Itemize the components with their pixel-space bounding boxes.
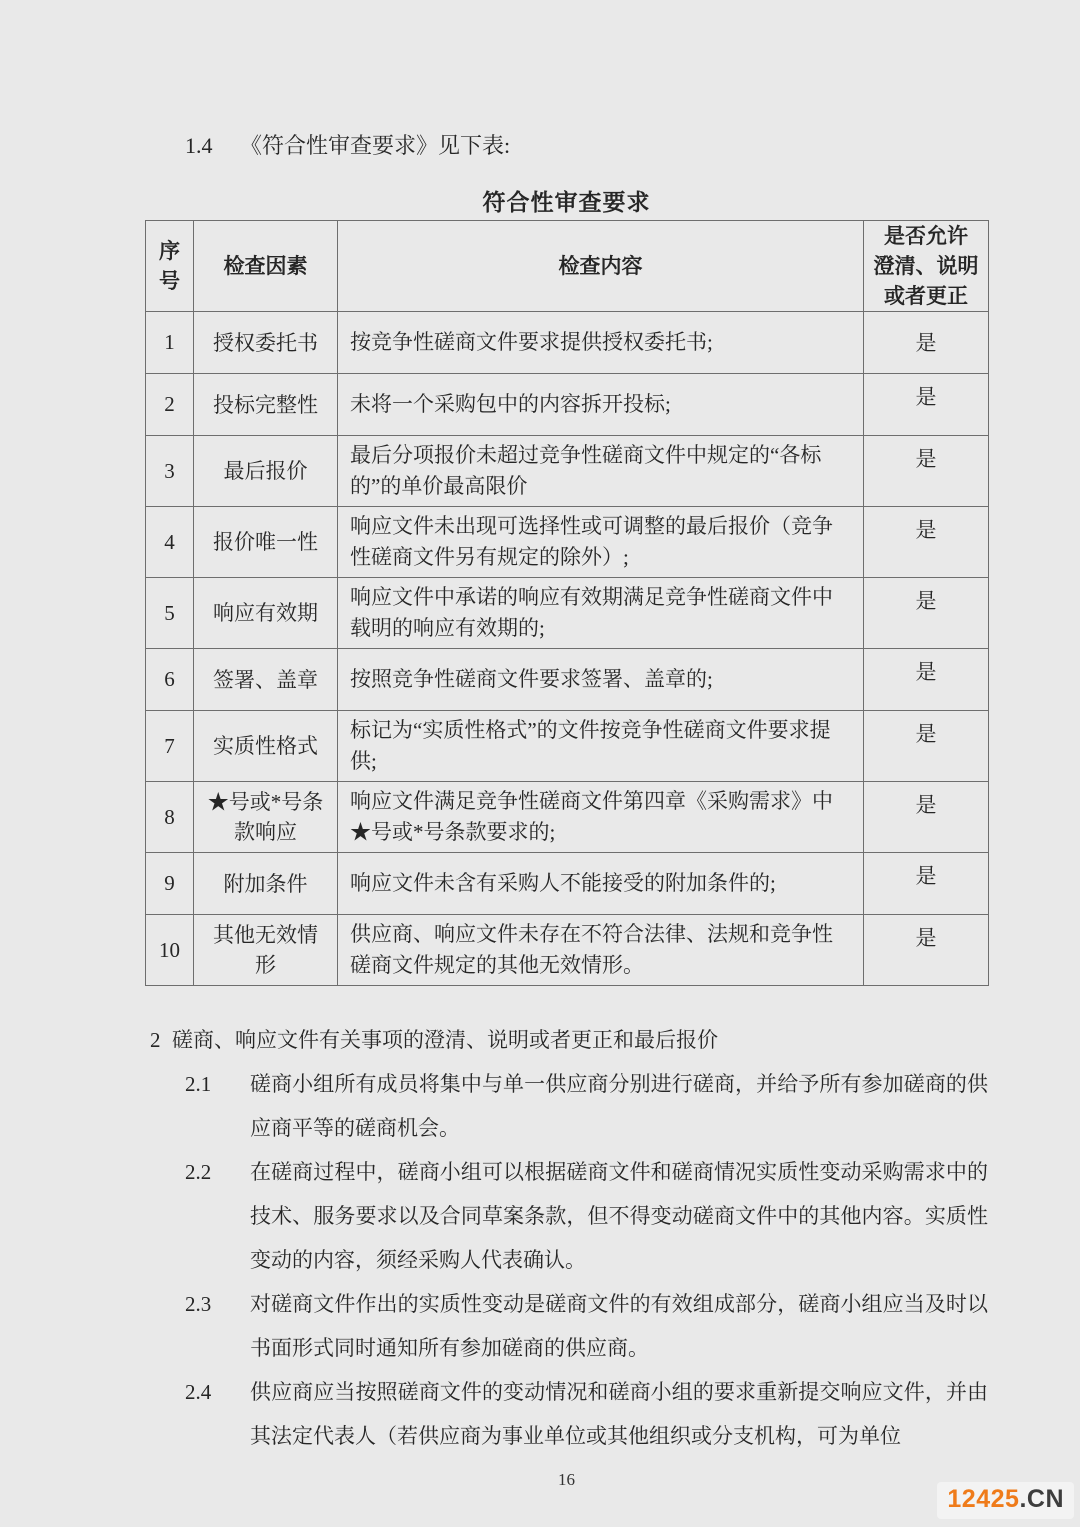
cell-allow: 是 — [864, 436, 989, 507]
item-number: 2.1 — [185, 1062, 250, 1150]
section-number: 2 — [150, 1018, 172, 1062]
table-row: 5 响应有效期 响应文件中承诺的响应有效期满足竞争性磋商文件中载明的响应有效期的… — [146, 578, 989, 649]
cell-factor: 响应有效期 — [194, 578, 338, 649]
cell-no: 9 — [146, 853, 194, 915]
cell-factor: 投标完整性 — [194, 374, 338, 436]
header-allow: 是否允许 澄清、说明 或者更正 — [864, 221, 989, 312]
section-2: 2 磋商、响应文件有关事项的澄清、说明或者更正和最后报价 2.1 磋商小组所有成… — [145, 1018, 988, 1458]
table-row: 3 最后报价 最后分项报价未超过竞争性磋商文件中规定的“各标的”的单价最高限价 … — [146, 436, 989, 507]
clause-1-4-line: 1.4 《符合性审查要求》见下表: — [145, 130, 988, 162]
page-number: 16 — [145, 1468, 988, 1491]
cell-factor: 其他无效情形 — [194, 915, 338, 986]
section-item-2-1: 2.1 磋商小组所有成员将集中与单一供应商分别进行磋商，并给予所有参加磋商的供应… — [145, 1062, 988, 1150]
cell-content: 按照竞争性磋商文件要求签署、盖章的; — [338, 649, 864, 711]
page-content: 1.4 《符合性审查要求》见下表: 符合性审查要求 序号 检查因素 检查内容 是… — [145, 0, 988, 1491]
cell-no: 1 — [146, 312, 194, 374]
section-2-heading: 2 磋商、响应文件有关事项的澄清、说明或者更正和最后报价 — [145, 1018, 988, 1062]
table-header-row: 序号 检查因素 检查内容 是否允许 澄清、说明 或者更正 — [146, 221, 989, 312]
cell-allow: 是 — [864, 782, 989, 853]
watermark-12425cn: 12425.CN — [937, 1482, 1074, 1519]
table-row: 8 ★号或*号条款响应 响应文件满足竞争性磋商文件第四章《采购需求》中★号或*号… — [146, 782, 989, 853]
section-item-2-4: 2.4 供应商应当按照磋商文件的变动情况和磋商小组的要求重新提交响应文件，并由其… — [145, 1370, 988, 1458]
cell-no: 6 — [146, 649, 194, 711]
cell-no: 10 — [146, 915, 194, 986]
table-row: 6 签署、盖章 按照竞争性磋商文件要求签署、盖章的; 是 — [146, 649, 989, 711]
table-row: 4 报价唯一性 响应文件未出现可选择性或可调整的最后报价（竞争性磋商文件另有规定… — [146, 507, 989, 578]
table-row: 2 投标完整性 未将一个采购包中的内容拆开投标; 是 — [146, 374, 989, 436]
item-text: 供应商应当按照磋商文件的变动情况和磋商小组的要求重新提交响应文件，并由其法定代表… — [250, 1370, 988, 1458]
table-row: 1 授权委托书 按竞争性磋商文件要求提供授权委托书; 是 — [146, 312, 989, 374]
table-row: 7 实质性格式 标记为“实质性格式”的文件按竞争性磋商文件要求提供; 是 — [146, 711, 989, 782]
cell-allow: 是 — [864, 915, 989, 986]
cell-allow: 是 — [864, 374, 989, 436]
cell-factor: ★号或*号条款响应 — [194, 782, 338, 853]
cell-allow: 是 — [864, 312, 989, 374]
cell-factor: 最后报价 — [194, 436, 338, 507]
table-row: 10 其他无效情形 供应商、响应文件未存在不符合法律、法规和竞争性磋商文件规定的… — [146, 915, 989, 986]
item-number: 2.2 — [185, 1150, 250, 1282]
clause-number: 1.4 — [185, 130, 240, 162]
section-item-2-2: 2.2 在磋商过程中，磋商小组可以根据磋商文件和磋商情况实质性变动采购需求中的技… — [145, 1150, 988, 1282]
header-no: 序号 — [146, 221, 194, 312]
cell-no: 3 — [146, 436, 194, 507]
cell-content: 响应文件中承诺的响应有效期满足竞争性磋商文件中载明的响应有效期的; — [338, 578, 864, 649]
document-page: { "heading": { "number": "1.4", "text": … — [0, 0, 1080, 1527]
cell-factor: 附加条件 — [194, 853, 338, 915]
cell-content: 标记为“实质性格式”的文件按竞争性磋商文件要求提供; — [338, 711, 864, 782]
cell-content: 响应文件未含有采购人不能接受的附加条件的; — [338, 853, 864, 915]
cell-content: 供应商、响应文件未存在不符合法律、法规和竞争性磋商文件规定的其他无效情形。 — [338, 915, 864, 986]
cell-no: 5 — [146, 578, 194, 649]
header-content: 检查内容 — [338, 221, 864, 312]
item-text: 磋商小组所有成员将集中与单一供应商分别进行磋商，并给予所有参加磋商的供应商平等的… — [250, 1062, 988, 1150]
cell-factor: 签署、盖章 — [194, 649, 338, 711]
compliance-review-table: 序号 检查因素 检查内容 是否允许 澄清、说明 或者更正 1 授权委托书 按竞争… — [145, 220, 989, 986]
watermark-brand: 12425 — [947, 1485, 1019, 1513]
cell-factor: 实质性格式 — [194, 711, 338, 782]
table-row: 9 附加条件 响应文件未含有采购人不能接受的附加条件的; 是 — [146, 853, 989, 915]
cell-content: 响应文件满足竞争性磋商文件第四章《采购需求》中★号或*号条款要求的; — [338, 782, 864, 853]
cell-content: 按竞争性磋商文件要求提供授权委托书; — [338, 312, 864, 374]
item-text: 在磋商过程中，磋商小组可以根据磋商文件和磋商情况实质性变动采购需求中的技术、服务… — [250, 1150, 988, 1282]
cell-allow: 是 — [864, 853, 989, 915]
cell-content: 响应文件未出现可选择性或可调整的最后报价（竞争性磋商文件另有规定的除外）; — [338, 507, 864, 578]
item-number: 2.3 — [185, 1282, 250, 1370]
cell-no: 8 — [146, 782, 194, 853]
cell-allow: 是 — [864, 711, 989, 782]
cell-allow: 是 — [864, 507, 989, 578]
item-text: 对磋商文件作出的实质性变动是磋商文件的有效组成部分，磋商小组应当及时以书面形式同… — [250, 1282, 988, 1370]
cell-no: 4 — [146, 507, 194, 578]
cell-no: 7 — [146, 711, 194, 782]
cell-allow: 是 — [864, 649, 989, 711]
cell-no: 2 — [146, 374, 194, 436]
item-number: 2.4 — [185, 1370, 250, 1458]
section-title: 磋商、响应文件有关事项的澄清、说明或者更正和最后报价 — [172, 1018, 988, 1062]
cell-content: 未将一个采购包中的内容拆开投标; — [338, 374, 864, 436]
cell-factor: 授权委托书 — [194, 312, 338, 374]
cell-factor: 报价唯一性 — [194, 507, 338, 578]
watermark-suffix: .CN — [1019, 1485, 1064, 1513]
table-title: 符合性审查要求 — [145, 186, 988, 219]
clause-text: 《符合性审查要求》见下表: — [240, 130, 510, 162]
cell-allow: 是 — [864, 578, 989, 649]
header-factor: 检查因素 — [194, 221, 338, 312]
section-item-2-3: 2.3 对磋商文件作出的实质性变动是磋商文件的有效组成部分，磋商小组应当及时以书… — [145, 1282, 988, 1370]
cell-content: 最后分项报价未超过竞争性磋商文件中规定的“各标的”的单价最高限价 — [338, 436, 864, 507]
